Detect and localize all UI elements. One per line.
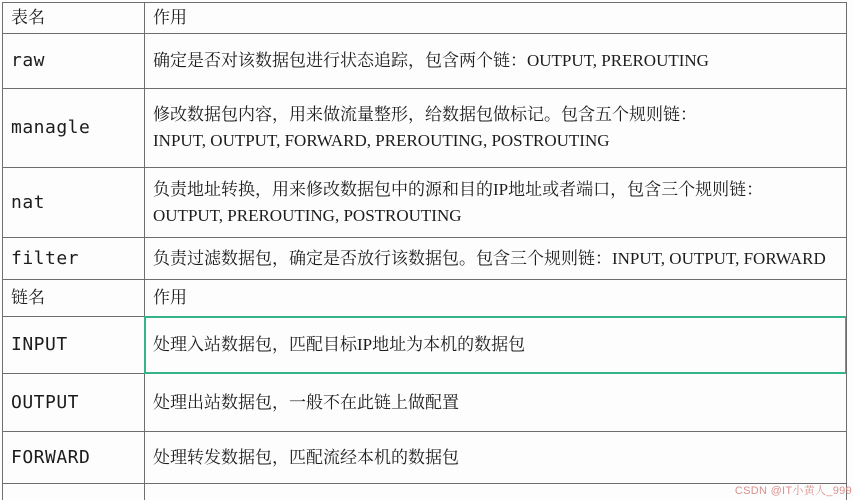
- table-name-cell: filter: [3, 238, 145, 279]
- document-screenshot: 表名 作用 raw 确定是否对该数据包进行状态追踪，包含两个链：OUTPUT, …: [0, 0, 853, 500]
- chain-row-forward: FORWARD 处理转发数据包，匹配流经本机的数据包: [3, 432, 846, 484]
- table-row-raw: raw 确定是否对该数据包进行状态追踪，包含两个链：OUTPUT, PREROU…: [3, 34, 846, 89]
- iptables-table: 表名 作用 raw 确定是否对该数据包进行状态追踪，包含两个链：OUTPUT, …: [2, 2, 847, 500]
- tables-header-name: 表名: [3, 3, 145, 33]
- table-name-cell: nat: [3, 168, 145, 237]
- table-row-nat: nat 负责地址转换，用来修改数据包中的源和目的IP地址或者端口，包含三个规则链…: [3, 168, 846, 238]
- chain-name-cell: FORWARD: [3, 432, 145, 483]
- table-desc-cell: 修改数据包内容，用来做流量整形，给数据包做标记。包含五个规则链： INPUT, …: [145, 89, 846, 167]
- chain-desc-cell: 处理出站数据包，一般不在此链上做配置: [145, 374, 846, 431]
- chain-row-input: INPUT 处理入站数据包，匹配目标IP地址为本机的数据包: [3, 317, 846, 374]
- csdn-watermark: CSDN @IT小黄人_999: [735, 482, 852, 498]
- table-name-cell: managle: [3, 89, 145, 167]
- table-name-cell: raw: [3, 34, 145, 88]
- chain-desc-cell: 处理转发数据包，匹配流经本机的数据包: [145, 432, 846, 483]
- table-row-managle: managle 修改数据包内容，用来做流量整形，给数据包做标记。包含五个规则链：…: [3, 89, 846, 168]
- partial-cell: [3, 484, 145, 500]
- table-desc-cell: 负责过滤数据包，确定是否放行该数据包。包含三个规则链：INPUT, OUTPUT…: [145, 238, 846, 279]
- chains-header-row: 链名 作用: [3, 280, 846, 317]
- partial-bottom-row: [3, 484, 846, 500]
- chains-header-name: 链名: [3, 280, 145, 316]
- table-row-filter: filter 负责过滤数据包，确定是否放行该数据包。包含三个规则链：INPUT,…: [3, 238, 846, 280]
- chains-header-role: 作用: [145, 280, 846, 316]
- table-desc-cell: 确定是否对该数据包进行状态追踪，包含两个链：OUTPUT, PREROUTING: [145, 34, 846, 88]
- tables-header-row: 表名 作用: [3, 3, 846, 34]
- chain-name-cell: INPUT: [3, 317, 145, 373]
- chain-desc-cell-highlighted: 处理入站数据包，匹配目标IP地址为本机的数据包: [145, 317, 846, 373]
- table-desc-cell: 负责地址转换，用来修改数据包中的源和目的IP地址或者端口，包含三个规则链： OU…: [145, 168, 846, 237]
- chain-row-output: OUTPUT 处理出站数据包，一般不在此链上做配置: [3, 374, 846, 432]
- chain-name-cell: OUTPUT: [3, 374, 145, 431]
- tables-header-role: 作用: [145, 3, 846, 33]
